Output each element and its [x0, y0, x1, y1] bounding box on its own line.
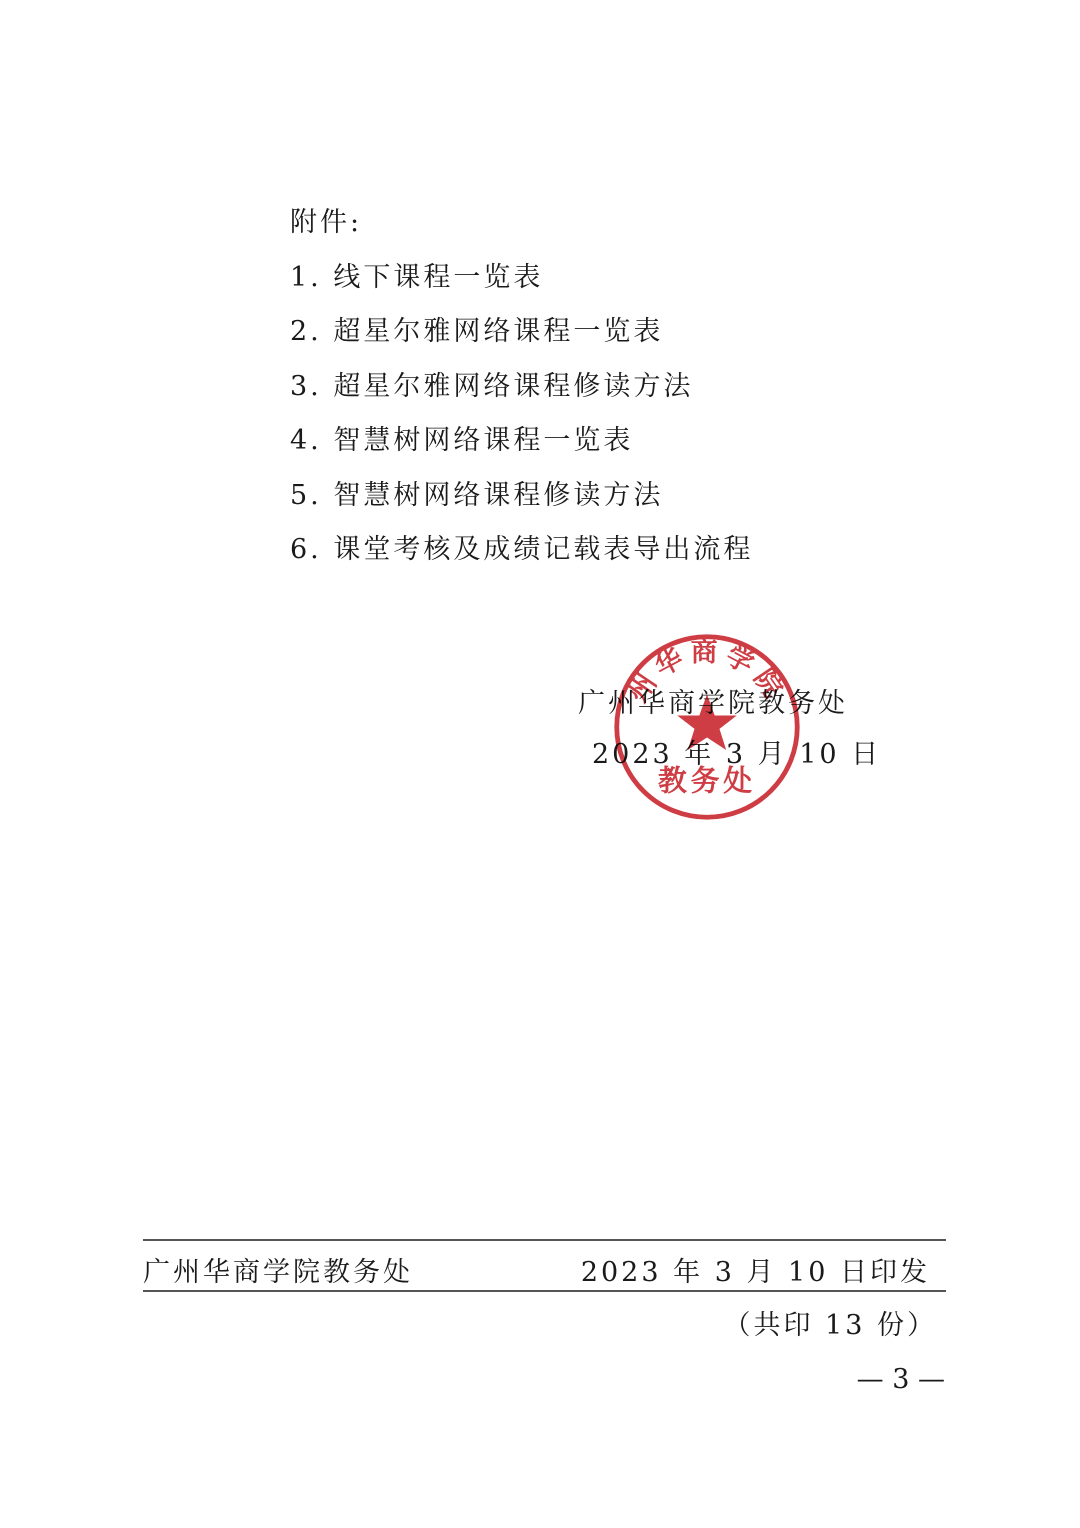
footer-copies: （共印 13 份） — [723, 1303, 937, 1342]
attachments-section: 附件: 1. 线下课程一览表 2. 超星尔雅网络课程一览表 3. 超星尔雅网络课… — [290, 196, 753, 578]
seal-bottom-text: 教务处 — [658, 763, 756, 797]
attachment-item: 4. 智慧树网络课程一览表 — [290, 414, 753, 469]
page-number: — 3 — — [857, 1364, 945, 1395]
attachment-item: 3. 超星尔雅网络课程修读方法 — [290, 360, 753, 415]
footer-top-rule — [143, 1239, 946, 1241]
attachment-item: 6. 课堂考核及成绩记载表导出流程 — [290, 523, 753, 578]
attachment-item: 5. 智慧树网络课程修读方法 — [290, 469, 753, 524]
attachment-item: 2. 超星尔雅网络课程一览表 — [290, 305, 753, 360]
attachments-heading: 附件: — [290, 196, 753, 251]
official-seal-icon: 州华商学院 教务处 — [611, 631, 803, 823]
footer-issue-date: 2023 年 3 月 10 日印发 — [581, 1250, 930, 1289]
attachment-item: 1. 线下课程一览表 — [290, 251, 753, 306]
footer-issuer: 广州华商学院教务处 — [143, 1250, 413, 1289]
footer-bottom-rule — [143, 1290, 946, 1292]
